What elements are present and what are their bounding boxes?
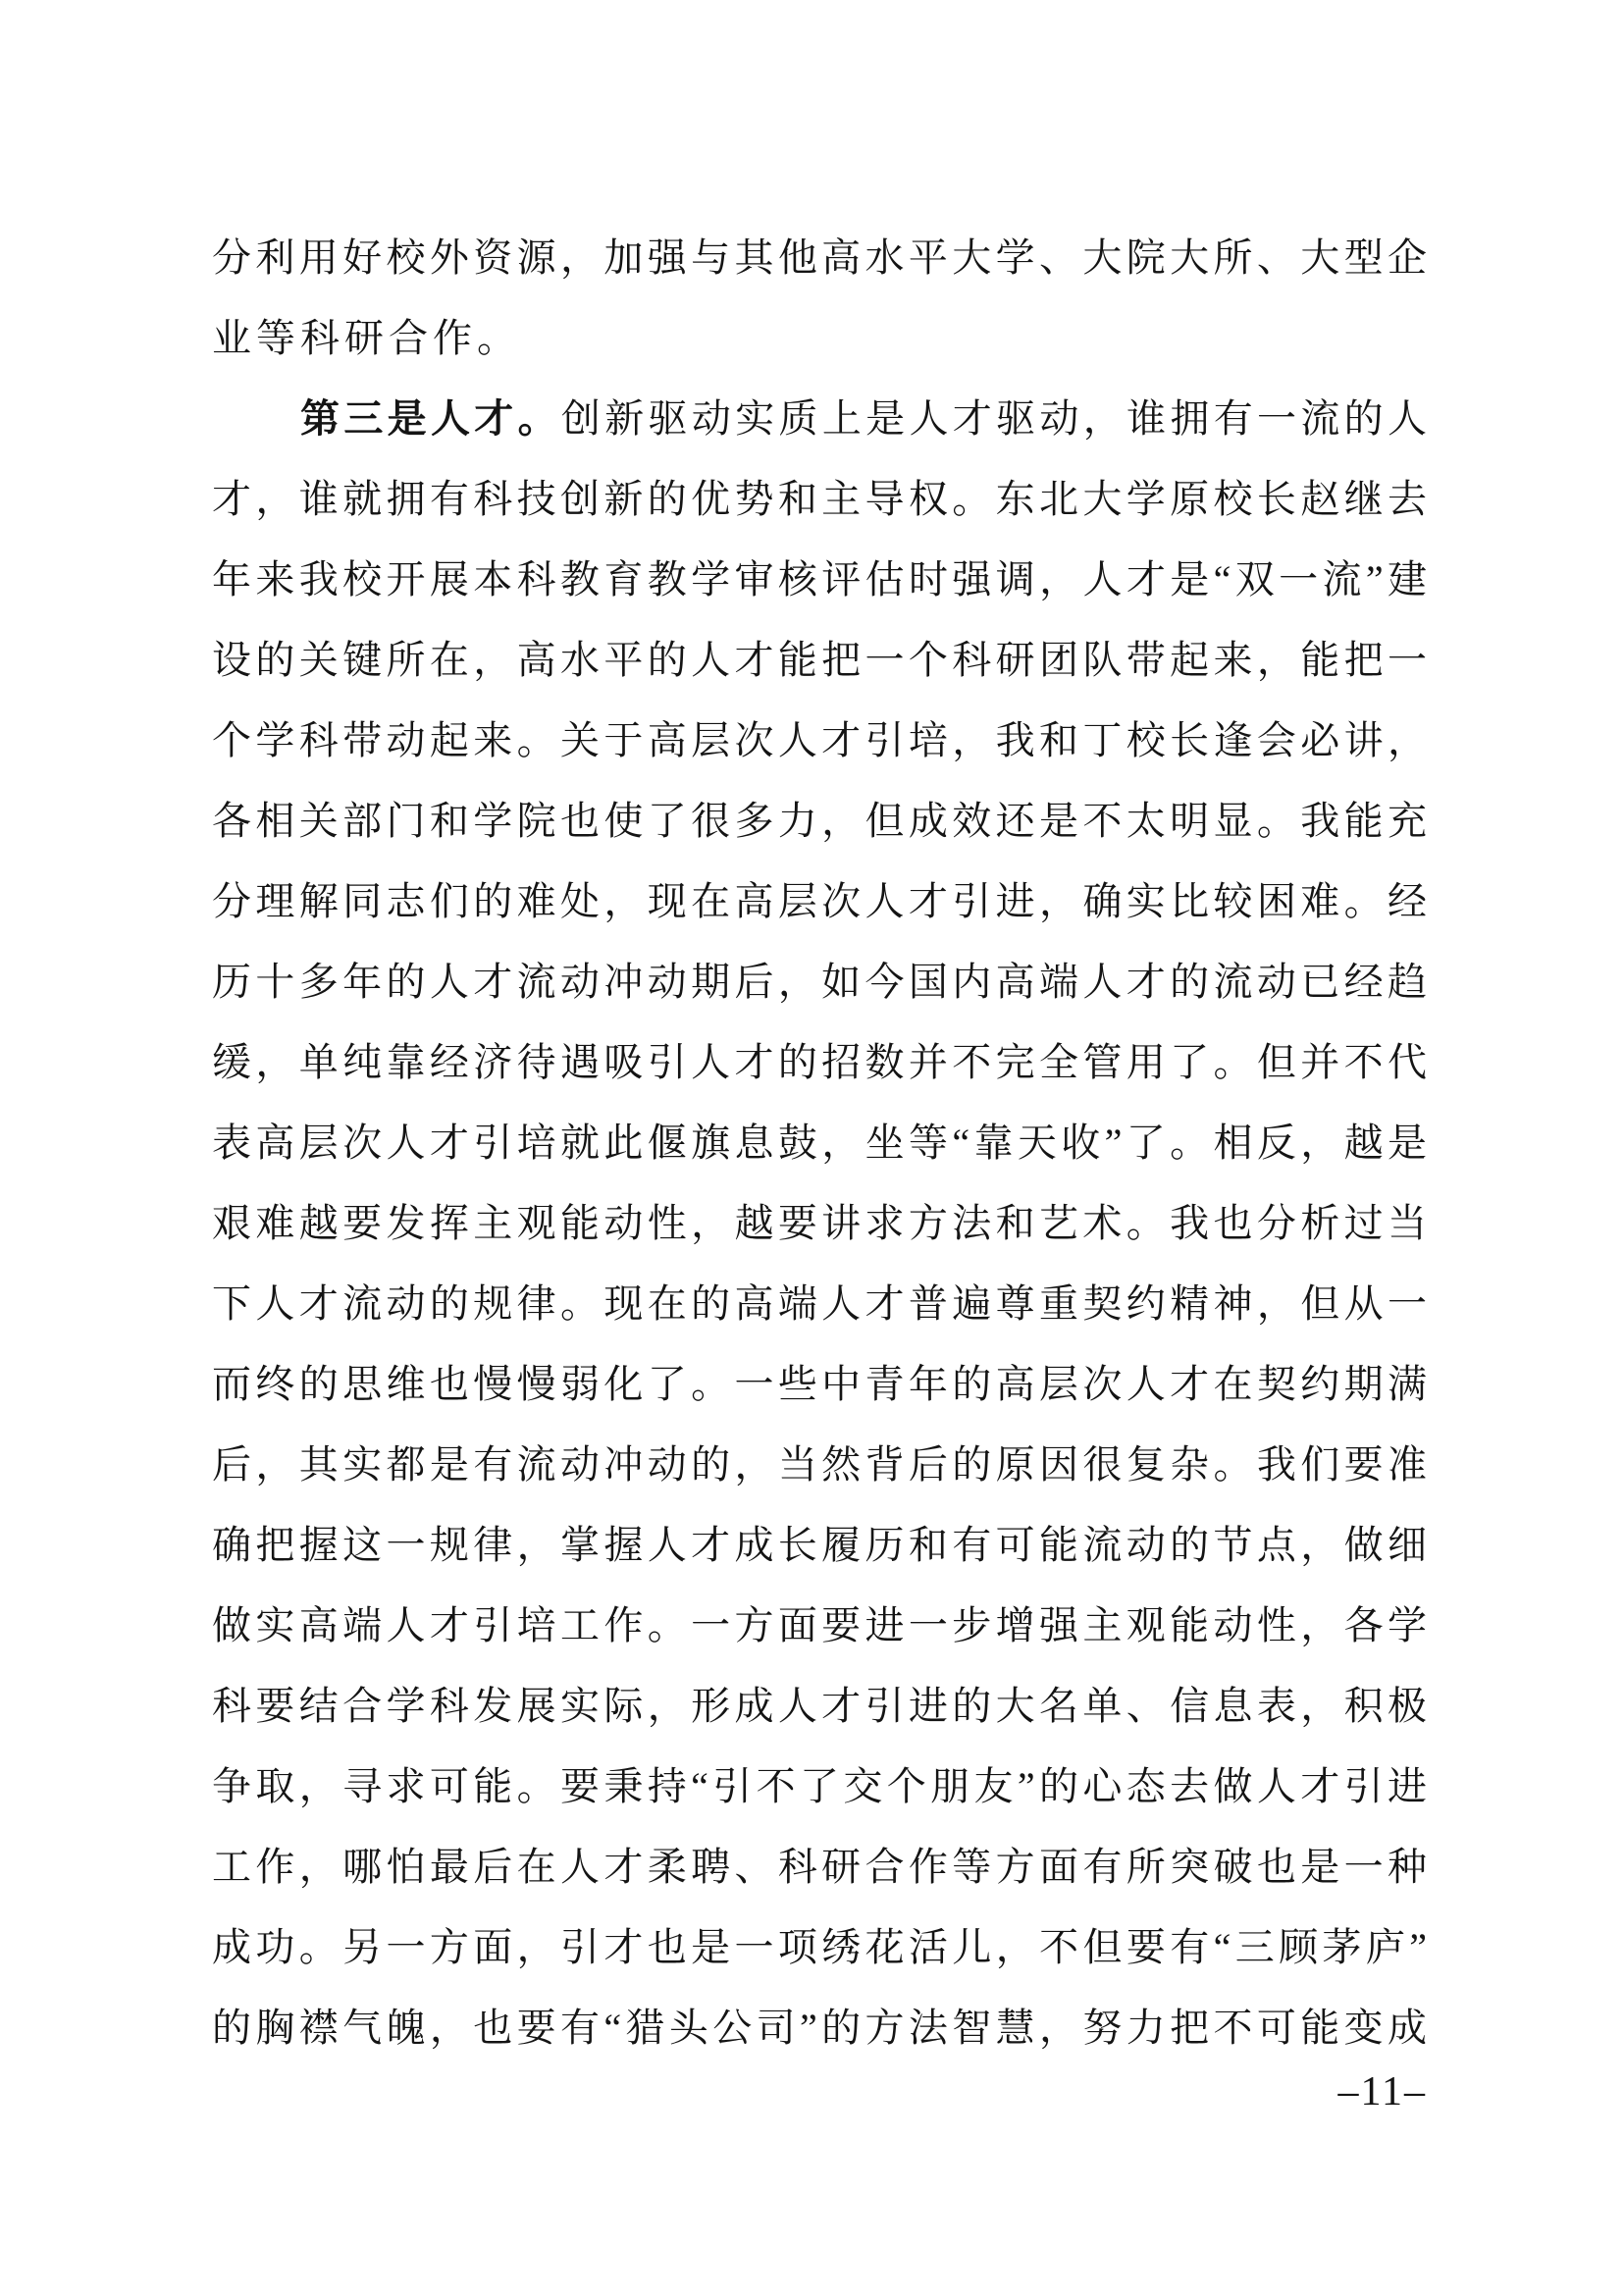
body-text: 分利用好校外资源，加强与其他高水平大学、大院大所、大型企 业等科研合作。 第三是… (212, 218, 1427, 2068)
paragraph-start-line: 第三是人才。创新驱动实质上是人才驱动，谁拥有一流的人 (212, 379, 1427, 459)
text-line: 年来我校开展本科教育教学审核评估时强调，人才是“双一流”建 (212, 540, 1427, 620)
text-line: 做实高端人才引培工作。一方面要进一步增强主观能动性，各学 (212, 1586, 1427, 1666)
text-line: 下人才流动的规律。现在的高端人才普遍尊重契约精神，但从一 (212, 1264, 1427, 1344)
text-line: 而终的思维也慢慢弱化了。一些中青年的高层次人才在契约期满 (212, 1344, 1427, 1425)
text-line: 业等科研合作。 (212, 298, 1427, 379)
document-page: 分利用好校外资源，加强与其他高水平大学、大院大所、大型企 业等科研合作。 第三是… (0, 0, 1624, 2296)
text-line: 缓，单纯靠经济待遇吸引人才的招数并不完全管用了。但并不代 (212, 1022, 1427, 1103)
text-line: 确把握这一规律，掌握人才成长履历和有可能流动的节点，做细 (212, 1505, 1427, 1586)
text-line: 后，其实都是有流动冲动的，当然背后的原因很复杂。我们要准 (212, 1425, 1427, 1505)
text-line: 设的关键所在，高水平的人才能把一个科研团队带起来，能把一 (212, 620, 1427, 701)
page-number: –11– (212, 2066, 1427, 2117)
text-line: 个学科带动起来。关于高层次人才引培，我和丁校长逢会必讲， (212, 701, 1427, 781)
paragraph-lead-bold: 第三是人才。 (300, 396, 561, 441)
text-line: 艰难越要发挥主观能动性，越要讲求方法和艺术。我也分析过当 (212, 1183, 1427, 1264)
text-line: 分利用好校外资源，加强与其他高水平大学、大院大所、大型企 (212, 218, 1427, 298)
paragraph-lead-rest: 创新驱动实质上是人才驱动，谁拥有一流的人 (561, 396, 1427, 441)
text-line: 各相关部门和学院也使了很多力，但成效还是不太明显。我能充 (212, 781, 1427, 861)
text-line: 工作，哪怕最后在人才柔聘、科研合作等方面有所突破也是一种 (212, 1827, 1427, 1907)
text-line: 科要结合学科发展实际，形成人才引进的大名单、信息表，积极 (212, 1666, 1427, 1747)
text-line: 的胸襟气魄，也要有“猎头公司”的方法智慧，努力把不可能变成 (212, 1988, 1427, 2068)
text-line: 争取，寻求可能。要秉持“引不了交个朋友”的心态去做人才引进 (212, 1747, 1427, 1827)
text-line: 表高层次人才引培就此偃旗息鼓，坐等“靠天收”了。相反，越是 (212, 1103, 1427, 1183)
text-line: 成功。另一方面，引才也是一项绣花活儿，不但要有“三顾茅庐” (212, 1907, 1427, 1988)
text-line: 分理解同志们的难处，现在高层次人才引进，确实比较困难。经 (212, 861, 1427, 942)
text-line: 才，谁就拥有科技创新的优势和主导权。东北大学原校长赵继去 (212, 459, 1427, 540)
text-line: 历十多年的人才流动冲动期后，如今国内高端人才的流动已经趋 (212, 942, 1427, 1022)
